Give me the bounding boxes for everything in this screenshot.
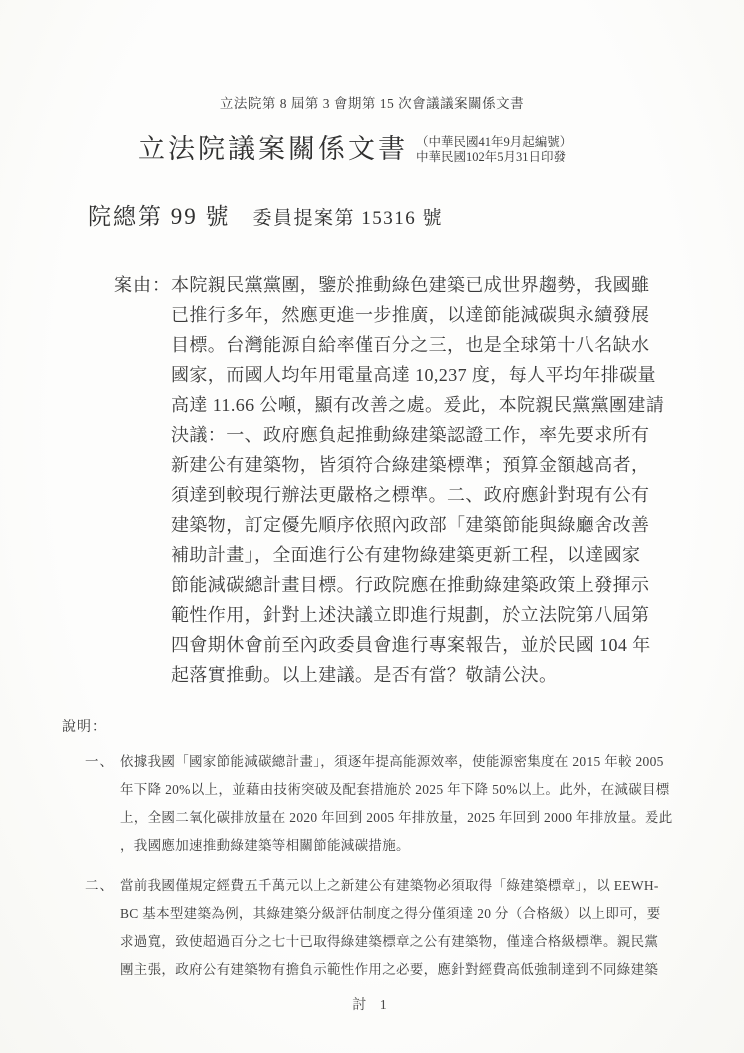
case-text-line: 已推行多年，然應更進一步推廣，以達節能減碳與永續發展 bbox=[171, 300, 664, 330]
explanation-label: 說明： bbox=[62, 716, 692, 736]
page-title: 立法院議案關係文書 bbox=[138, 132, 408, 166]
explanation-item-1-marker: 一、 bbox=[85, 748, 114, 776]
explanation-text-line: ，我國應加速推動綠建築等相關節能減碳措施。 bbox=[120, 832, 673, 860]
case-text-line: 新建公有建築物，皆須符合綠建築標準；預算金額越高者， bbox=[171, 450, 664, 480]
title-notes: （中華民國41年9月起編號） 中華民國102年5月31日印發 bbox=[416, 132, 572, 165]
case-text-line: 決議：一、政府應負起推動綠建築認證工作，率先要求所有 bbox=[171, 420, 664, 450]
explanation-text-line: 年下降 20%以上，並藉由技術突破及配套措施於 2025 年下降 50%以上。此… bbox=[120, 776, 673, 804]
document-page: 立法院第 8 屆第 3 會期第 15 次會議議案關係文書 立法院議案關係文書 （… bbox=[0, 0, 744, 1053]
case-text-line: 須達到較現行辦法更嚴格之標準。二、政府應針對現有公有 bbox=[171, 480, 664, 510]
explanation-text-line: 團主張，政府公有建築物有擔負示範性作用之必要，應針對經費高低強制達到不同綠建築 bbox=[120, 956, 661, 984]
case-section: 案由： 本院親民黨黨團，鑒於推動綠色建築已成世界趨勢，我國雖 已推行多年，然應更… bbox=[114, 270, 664, 690]
title-note-numbering: （中華民國41年9月起編號） bbox=[416, 135, 572, 150]
case-text-line: 四會期休會前至內政委員會進行專案報告，並於民國 104 年 bbox=[171, 630, 664, 660]
docket-row: 院總第 99 號 委員提案第 15316 號 bbox=[88, 198, 443, 231]
explanation-item-1-text: 依據我國「國家節能減碳總計畫」，須逐年提高能源效率，使能源密集度在 2015 年… bbox=[120, 748, 673, 860]
explanation-item-2-marker: 二、 bbox=[85, 872, 114, 900]
page-number: 討 1 bbox=[0, 994, 744, 1014]
case-text-line: 補助計畫」，全面進行公有建物綠建築更新工程，以達國家 bbox=[171, 540, 664, 570]
case-text: 本院親民黨黨團，鑒於推動綠色建築已成世界趨勢，我國雖 已推行多年，然應更進一步推… bbox=[171, 270, 664, 690]
case-text-line: 起落實推動。以上建議。是否有當？敬請公決。 bbox=[171, 660, 664, 690]
case-text-line: 範性作用，針對上述決議立即進行規劃，於立法院第八屆第 bbox=[171, 600, 664, 630]
proposal-docket-number: 委員提案第 15316 號 bbox=[253, 203, 444, 230]
explanation-text-line: 當前我國僅規定經費五千萬元以上之新建公有建築物必須取得「綠建築標章」，以 EEW… bbox=[120, 872, 661, 900]
explanation-text-line: BC 基本型建築為例，其綠建築分級評估制度之得分僅須達 20 分（合格級）以上即… bbox=[120, 900, 661, 928]
title-note-print-date: 中華民國102年5月31日印發 bbox=[416, 150, 572, 165]
title-row: 立法院議案關係文書 （中華民國41年9月起編號） 中華民國102年5月31日印發 bbox=[138, 132, 572, 166]
explanation-text-line: 依據我國「國家節能減碳總計畫」，須逐年提高能源效率，使能源密集度在 2015 年… bbox=[120, 748, 673, 776]
explanation-item-1: 一、 依據我國「國家節能減碳總計畫」，須逐年提高能源效率，使能源密集度在 201… bbox=[85, 748, 692, 860]
explanation-text-line: 上，全國二氧化碳排放量在 2020 年回到 2005 年排放量，2025 年回到… bbox=[120, 804, 673, 832]
explanation-item-2: 二、 當前我國僅規定經費五千萬元以上之新建公有建築物必須取得「綠建築標章」，以 … bbox=[85, 872, 692, 984]
session-header: 立法院第 8 屆第 3 會期第 15 次會議議案關係文書 bbox=[0, 92, 744, 112]
case-text-line: 本院親民黨黨團，鑒於推動綠色建築已成世界趨勢，我國雖 bbox=[171, 270, 664, 300]
case-text-line: 高達 11.66 公噸，顯有改善之處。爰此，本院親民黨黨團建請 bbox=[171, 390, 664, 420]
explanation-text-line: 求過寬，致使超過百分之七十已取得綠建築標章之公有建築物，僅達合格級標準。親民黨 bbox=[120, 928, 661, 956]
general-docket-number: 院總第 99 號 bbox=[88, 198, 231, 231]
explanation-section: 說明： 一、 依據我國「國家節能減碳總計畫」，須逐年提高能源效率，使能源密集度在… bbox=[62, 716, 692, 996]
case-text-line: 國家，而國人均年用電量高達 10,237 度，每人平均年排碳量 bbox=[171, 360, 664, 390]
case-text-line: 目標。台灣能源自給率僅百分之三，也是全球第十八名缺水 bbox=[171, 330, 664, 360]
case-label: 案由： bbox=[114, 270, 171, 300]
case-text-line: 節能減碳總計畫目標。行政院應在推動綠建築政策上發揮示 bbox=[171, 570, 664, 600]
explanation-item-2-text: 當前我國僅規定經費五千萬元以上之新建公有建築物必須取得「綠建築標章」，以 EEW… bbox=[120, 872, 661, 984]
case-text-line: 建築物，訂定優先順序依照內政部「建築節能與綠廳舍改善 bbox=[171, 510, 664, 540]
